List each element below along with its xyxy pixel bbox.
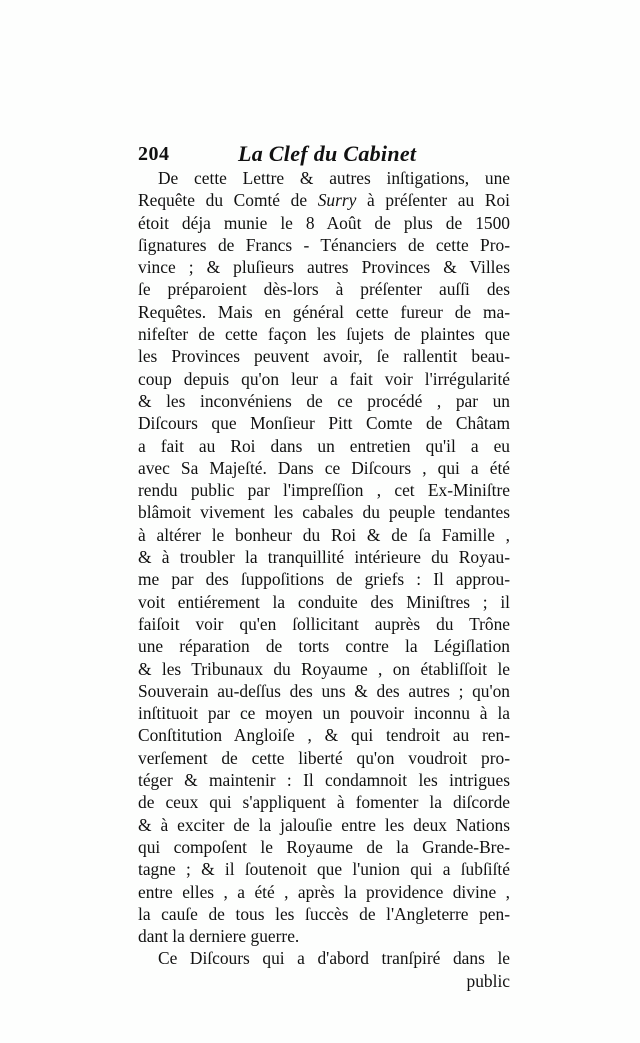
text-line: faiſoit voir qu'en ſollicitant auprès du… [138,613,510,635]
text-line: entre elles , a été , après la providenc… [138,881,510,903]
text-line: me par des ſuppoſitions de griefs : Il a… [138,568,510,590]
text-line: avec Sa Majeſté. Dans ce Diſcours , qui … [138,457,510,479]
running-title: La Clef du Cabinet [238,141,416,167]
text-line: a fait au Roi dans un entretien qu'il a … [138,435,510,457]
text-line: verſement de cette liberté qu'on voudroi… [138,747,510,769]
text-line: Souverain au-deſſus des uns & des autres… [138,680,510,702]
text-line: blâmoit vivement les cabales du peuple t… [138,501,510,523]
text-line: ſignatures de Francs - Ténanciers de cet… [138,234,510,256]
text-line: & les Tribunaux du Royaume , on établiſſ… [138,658,510,680]
paragraph-1: De cette Lettre & autres inſtigations, u… [138,167,510,947]
text-line: étoit déja munie le 8 Août de plus de 15… [138,212,510,234]
text-line: coup depuis qu'on leur a fait voir l'irr… [138,368,510,390]
text-line: voit entiérement la conduite des Miniſtr… [138,591,510,613]
text-line: qui compoſent le Royaume de la Grande-Br… [138,836,510,858]
text-line: la cauſe de tous les ſuccès de l'Anglete… [138,903,510,925]
text-line: Diſcours que Monſieur Pitt Comte de Chât… [138,412,510,434]
book-page: 204 La Clef du Cabinet De cette Lettre &… [138,141,510,992]
text-line: Requête du Comté de Surry à préſenter au… [138,189,510,211]
text-line: nifeſter de cette façon les ſujets de pl… [138,323,510,345]
page-number: 204 [138,141,170,167]
text-line: inſtituoit par ce moyen un pouvoir incon… [138,702,510,724]
text-line: de ceux qui s'appliquent à fomenter la d… [138,791,510,813]
text-line: tagne ; & il ſoutenoit que l'union qui a… [138,858,510,880]
text-line: rendu public par l'impreſſion , cet Ex-M… [138,479,510,501]
paragraph-2: Ce Diſcours qui a d'abord tranſpiré dans… [138,947,510,969]
text-line: & à troubler la tranquillité intérieure … [138,546,510,568]
text-line: une réparation de torts contre la Légiſl… [138,635,510,657]
text-line: vince ; & pluſieurs autres Provinces & V… [138,256,510,278]
text-line: De cette Lettre & autres inſtigations, u… [138,167,510,189]
page-body: De cette Lettre & autres inſtigations, u… [138,167,510,992]
catchword: public [138,970,510,992]
page-header: 204 La Clef du Cabinet [138,141,510,167]
text-line: Requêtes. Mais en général cette fureur d… [138,301,510,323]
text-line: à altérer le bonheur du Roi & de ſa Fami… [138,524,510,546]
italic-place-name: Surry [318,190,357,210]
text-line: ſe préparoient dès-lors à préſenter auſſ… [138,278,510,300]
text-line: Ce Diſcours qui a d'abord tranſpiré dans… [138,947,510,969]
text-line: & les inconvéniens de ce procédé , par u… [138,390,510,412]
text-line: & à exciter de la jalouſie entre les deu… [138,814,510,836]
text-line: les Provinces peuvent avoir, ſe rallenti… [138,345,510,367]
text-line: dant la derniere guerre. [138,925,510,947]
text-line: téger & maintenir : Il condamnoit les in… [138,769,510,791]
text-line: Conſtitution Angloiſe , & qui tendroit a… [138,724,510,746]
